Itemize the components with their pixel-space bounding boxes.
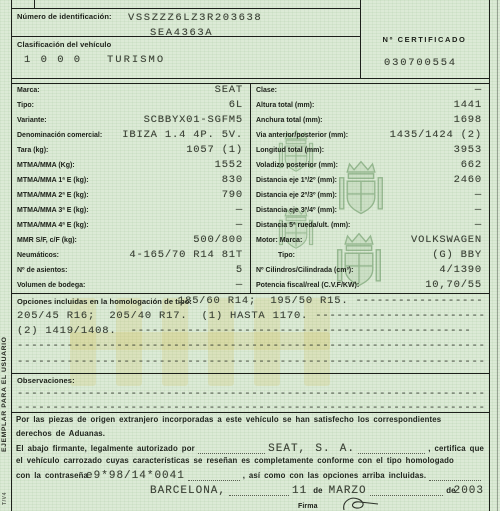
options-line3: (2) 1419/1408. -------------------------…	[17, 326, 485, 337]
spec-label: MTMA/MMA (Kg):	[17, 162, 75, 170]
spec-label: Distancia eje 3º/4º (mm):	[256, 207, 337, 215]
vin-value: VSSZZZ6LZ3R203638	[128, 13, 262, 24]
spec-value: 1552	[215, 160, 243, 171]
certification-line5: con la contraseña e9*98/14*0041 , así co…	[16, 470, 484, 481]
dotted-leader	[429, 473, 481, 481]
spec-label: Nº Cilindros/Cilindrada (cm³):	[256, 267, 353, 275]
spec-row: MMR S/F, c/F (kg):500/800	[12, 233, 249, 248]
spec-value: 3953	[454, 145, 482, 156]
options-line1: 185/60 R14; 195/50 R15. ----------------…	[178, 296, 484, 307]
spec-value: 500/800	[193, 235, 243, 246]
spec-label: MTMA/MMA 1ª E (kg):	[17, 177, 89, 185]
spec-value: —	[236, 280, 243, 291]
spec-row: Clase:—	[251, 83, 488, 98]
spec-label: Motor: Marca:	[256, 237, 302, 245]
spec-value: 10,70/55	[425, 280, 482, 291]
spec-label: Tipo:	[17, 102, 34, 110]
spec-row: Volumen de bodega:—	[12, 278, 249, 293]
spec-row: Distancia eje 3º/4º (mm):—	[251, 203, 488, 218]
spec-label: MTMA/MMA 4ª E (kg):	[17, 222, 89, 230]
spec-value: 5	[236, 265, 243, 276]
class-value: 1 0 0 0 TURISMO	[24, 55, 165, 66]
spec-label: Nº de asientos:	[17, 267, 67, 275]
day-value: 11	[292, 486, 307, 497]
spec-value: 1057 (1)	[186, 145, 243, 156]
homologation-code-value: e9*98/14*0041	[86, 471, 185, 482]
spec-value: 1435/1424 (2)	[390, 130, 482, 141]
spec-column-left: Marca:SEAT Tipo:6L Variante:SCBBYX01-SGF…	[12, 83, 249, 293]
side-margin-small-text: T/V4	[3, 492, 8, 505]
spec-value: 4/1390	[439, 265, 482, 276]
contrasena-label: con la contraseña	[16, 472, 88, 481]
spec-row: Distancia eje 2º/3º (mm):—	[251, 188, 488, 203]
spec-row: MTMA/MMA 4ª E (kg):—	[12, 218, 249, 233]
header-bottom-line	[11, 78, 490, 79]
dotted-leader	[358, 446, 425, 454]
observations-top-line	[11, 373, 490, 374]
spec-label: Volumen de bodega:	[17, 282, 85, 290]
side-margin-text: EJEMPLAR PARA EL USUARIO	[2, 337, 9, 452]
de-label: de	[313, 487, 322, 496]
spec-column-right: Clase:— Altura total (mm):1441 Anchura t…	[251, 83, 488, 293]
spec-label: Tipo:	[256, 252, 295, 260]
spec-row: Neumáticos:4-165/70 R14 81T	[12, 248, 249, 263]
spec-label: Voladizo posterior (mm):	[256, 162, 338, 170]
options-line2: 205/45 R16; 205/40 R17. (1) HASTA 1170. …	[17, 311, 485, 322]
certifies-label: , certifica que	[428, 445, 484, 454]
spec-row: Nº Cilindros/Cilindrada (cm³):4/1390	[251, 263, 488, 278]
spec-row: Tipo:6L	[12, 98, 249, 113]
certification-line4: el vehículo carrozado cuyas característi…	[16, 457, 484, 466]
spec-row: MTMA/MMA 2ª E (kg):790	[12, 188, 249, 203]
class-label: Clasificación del vehículo	[17, 41, 111, 49]
dotted-leader	[188, 473, 240, 481]
id-label: Número de identificación:	[17, 13, 112, 21]
spec-label: Neumáticos:	[17, 252, 59, 260]
spec-label: MMR S/F, c/F (kg):	[17, 237, 77, 245]
top-partial-divider	[34, 0, 35, 8]
spec-value: —	[475, 190, 482, 201]
observations-dash-line: ----------------------------------------…	[17, 403, 485, 414]
plate-code-value: SEA4363A	[150, 28, 213, 39]
spec-label: Distancia eje 2º/3º (mm):	[256, 192, 337, 200]
spec-row: MTMA/MMA 3ª E (kg):—	[12, 203, 249, 218]
spec-value: 662	[461, 160, 482, 171]
spec-row: Marca:SEAT	[12, 83, 249, 98]
spec-row: Voladizo posterior (mm):662	[251, 158, 488, 173]
vehicle-technical-card: Número de identificación: VSSZZZ6LZ3R203…	[0, 0, 500, 511]
options-included-label: , así como con las opciones arriba inclu…	[243, 472, 426, 481]
spec-value: 1698	[454, 115, 482, 126]
spec-row: Variante:SCBBYX01-SGFM5	[12, 113, 249, 128]
options-dash-line: ----------------------------------------…	[17, 341, 485, 352]
spec-label: Anchura total (mm):	[256, 117, 323, 125]
spec-row: MTMA/MMA (Kg):1552	[12, 158, 249, 173]
spec-label: Altura total (mm):	[256, 102, 314, 110]
dotted-leader	[229, 488, 289, 496]
certification-line2: derechos de Aduanas.	[16, 430, 484, 439]
spec-value: 790	[222, 190, 243, 201]
spec-value: VOLKSWAGEN	[411, 235, 482, 246]
spec-value: 6L	[229, 100, 243, 111]
options-dash-line: ----------------------------------------…	[17, 357, 485, 368]
spec-row: Denominación comercial:IBIZA 1.4 4P. 5V.	[12, 128, 249, 143]
cert-number-value: 030700554	[384, 58, 457, 69]
certification-line1: Por las piezas de origen extranjero inco…	[16, 416, 484, 425]
certification-line3: El abajo firmante, legalmente autorizado…	[16, 443, 484, 454]
spec-value: SEAT	[215, 85, 243, 96]
dotted-leader	[198, 446, 265, 454]
spec-row: Nº de asientos:5	[12, 263, 249, 278]
spec-row: Motor: Marca:VOLKSWAGEN	[251, 233, 488, 248]
spec-value: 1441	[454, 100, 482, 111]
spec-row: Longitud total (mm):3953	[251, 143, 488, 158]
cert-number-label: Nº CERTIFICADO	[360, 36, 489, 44]
spec-value: 830	[222, 175, 243, 186]
authorized-by-label: El abajo firmante, legalmente autorizado…	[16, 445, 195, 454]
spec-value: —	[236, 220, 243, 231]
spec-value: (G) BBY	[432, 250, 482, 261]
spec-label: Clase:	[256, 87, 277, 95]
spec-value: —	[475, 220, 482, 231]
spec-row: Altura total (mm):1441	[251, 98, 488, 113]
spec-value: IBIZA 1.4 4P. 5V.	[122, 130, 243, 141]
city-value: BARCELONA,	[150, 486, 226, 497]
observations-dash-line: ----------------------------------------…	[17, 389, 485, 400]
spec-label: Via anterior/posterior (mm):	[256, 132, 348, 140]
spec-row: MTMA/MMA 1ª E (kg):830	[12, 173, 249, 188]
spec-label: Distancia 5ª rueda/ult. (mm):	[256, 222, 350, 230]
spec-row: Via anterior/posterior (mm):1435/1424 (2…	[251, 128, 488, 143]
spec-row: Anchura total (mm):1698	[251, 113, 488, 128]
dotted-leader	[370, 488, 444, 496]
observations-label: Observaciones:	[17, 377, 75, 385]
right-border-outer	[497, 0, 498, 511]
spec-label: Tara (kg):	[17, 147, 48, 155]
spec-label: Marca:	[17, 87, 40, 95]
spec-value: —	[475, 205, 482, 216]
table-bottom-line	[11, 293, 490, 294]
spec-label: Denominación comercial:	[17, 132, 102, 140]
spec-value: —	[236, 205, 243, 216]
spec-label: Longitud total (mm):	[256, 147, 324, 155]
firma-label: Firma	[298, 503, 318, 511]
spec-row: Distancia 5ª rueda/ult. (mm):—	[251, 218, 488, 233]
right-border	[489, 0, 490, 511]
spec-row: Tara (kg):1057 (1)	[12, 143, 249, 158]
top-partial-line	[11, 8, 360, 9]
certification-date-line: BARCELONA, 11 de MARZO de 2003	[150, 485, 484, 496]
spec-value: SCBBYX01-SGFM5	[144, 115, 243, 126]
spec-row: Distancia eje 1º/2º (mm):2460	[251, 173, 488, 188]
spec-row: Tipo:(G) BBY	[251, 248, 488, 263]
year-value: 2003	[454, 486, 484, 497]
spec-label: MTMA/MMA 2ª E (kg):	[17, 192, 89, 200]
signature-mark	[340, 496, 380, 511]
manufacturer-value: SEAT, S. A.	[268, 444, 355, 455]
options-label: Opciones incluidas en la homologación de…	[17, 298, 192, 306]
spec-label: Variante:	[17, 117, 47, 125]
spec-value: 2460	[454, 175, 482, 186]
spec-label: Potencia fiscal/real (C.V.F/KW):	[256, 282, 359, 290]
spec-value: 4-165/70 R14 81T	[129, 250, 243, 261]
spec-value: —	[475, 85, 482, 96]
spec-label: Distancia eje 1º/2º (mm):	[256, 177, 337, 185]
spec-row: Potencia fiscal/real (C.V.F/KW):10,70/55	[251, 278, 488, 293]
spec-label: MTMA/MMA 3ª E (kg):	[17, 207, 89, 215]
